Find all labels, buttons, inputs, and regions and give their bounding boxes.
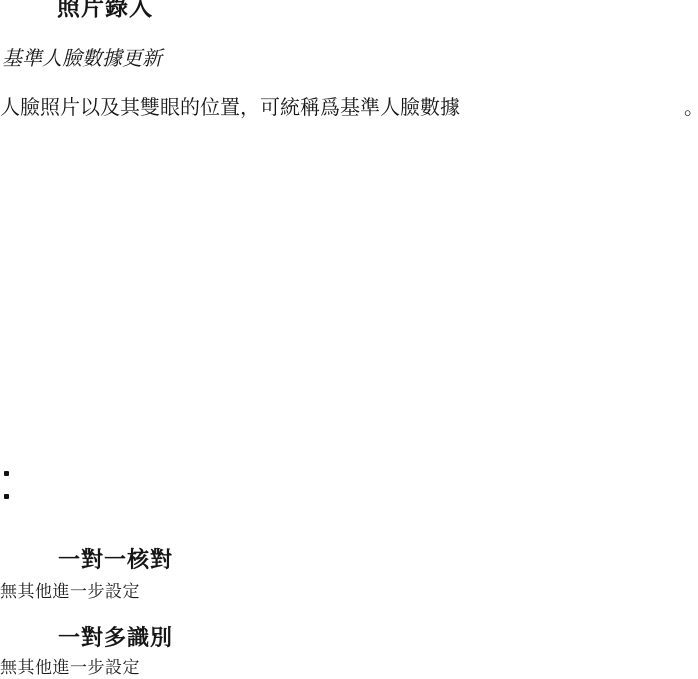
bullet-icon xyxy=(4,494,9,499)
document-page: 照片錄入 基準人臉數據更新 人臉照片以及其雙眼的位置，可統稱爲基準人臉數據 。 … xyxy=(0,0,698,679)
section-detail-one-to-many: 無其他進一步設定 xyxy=(0,658,140,678)
body-paragraph: 人臉照片以及其雙眼的位置，可統稱爲基準人臉數據 xyxy=(0,95,460,121)
subsection-title: 基準人臉數據更新 xyxy=(2,46,162,72)
section-detail-one-to-one: 無其他進一步設定 xyxy=(0,582,140,602)
trailing-period: 。 xyxy=(684,95,698,121)
page-title: 照片錄入 xyxy=(57,0,153,20)
section-heading-one-to-many: 一對多識別 xyxy=(58,626,173,650)
bullet-icon xyxy=(4,471,9,476)
section-heading-one-to-one: 一對一核對 xyxy=(58,548,173,572)
